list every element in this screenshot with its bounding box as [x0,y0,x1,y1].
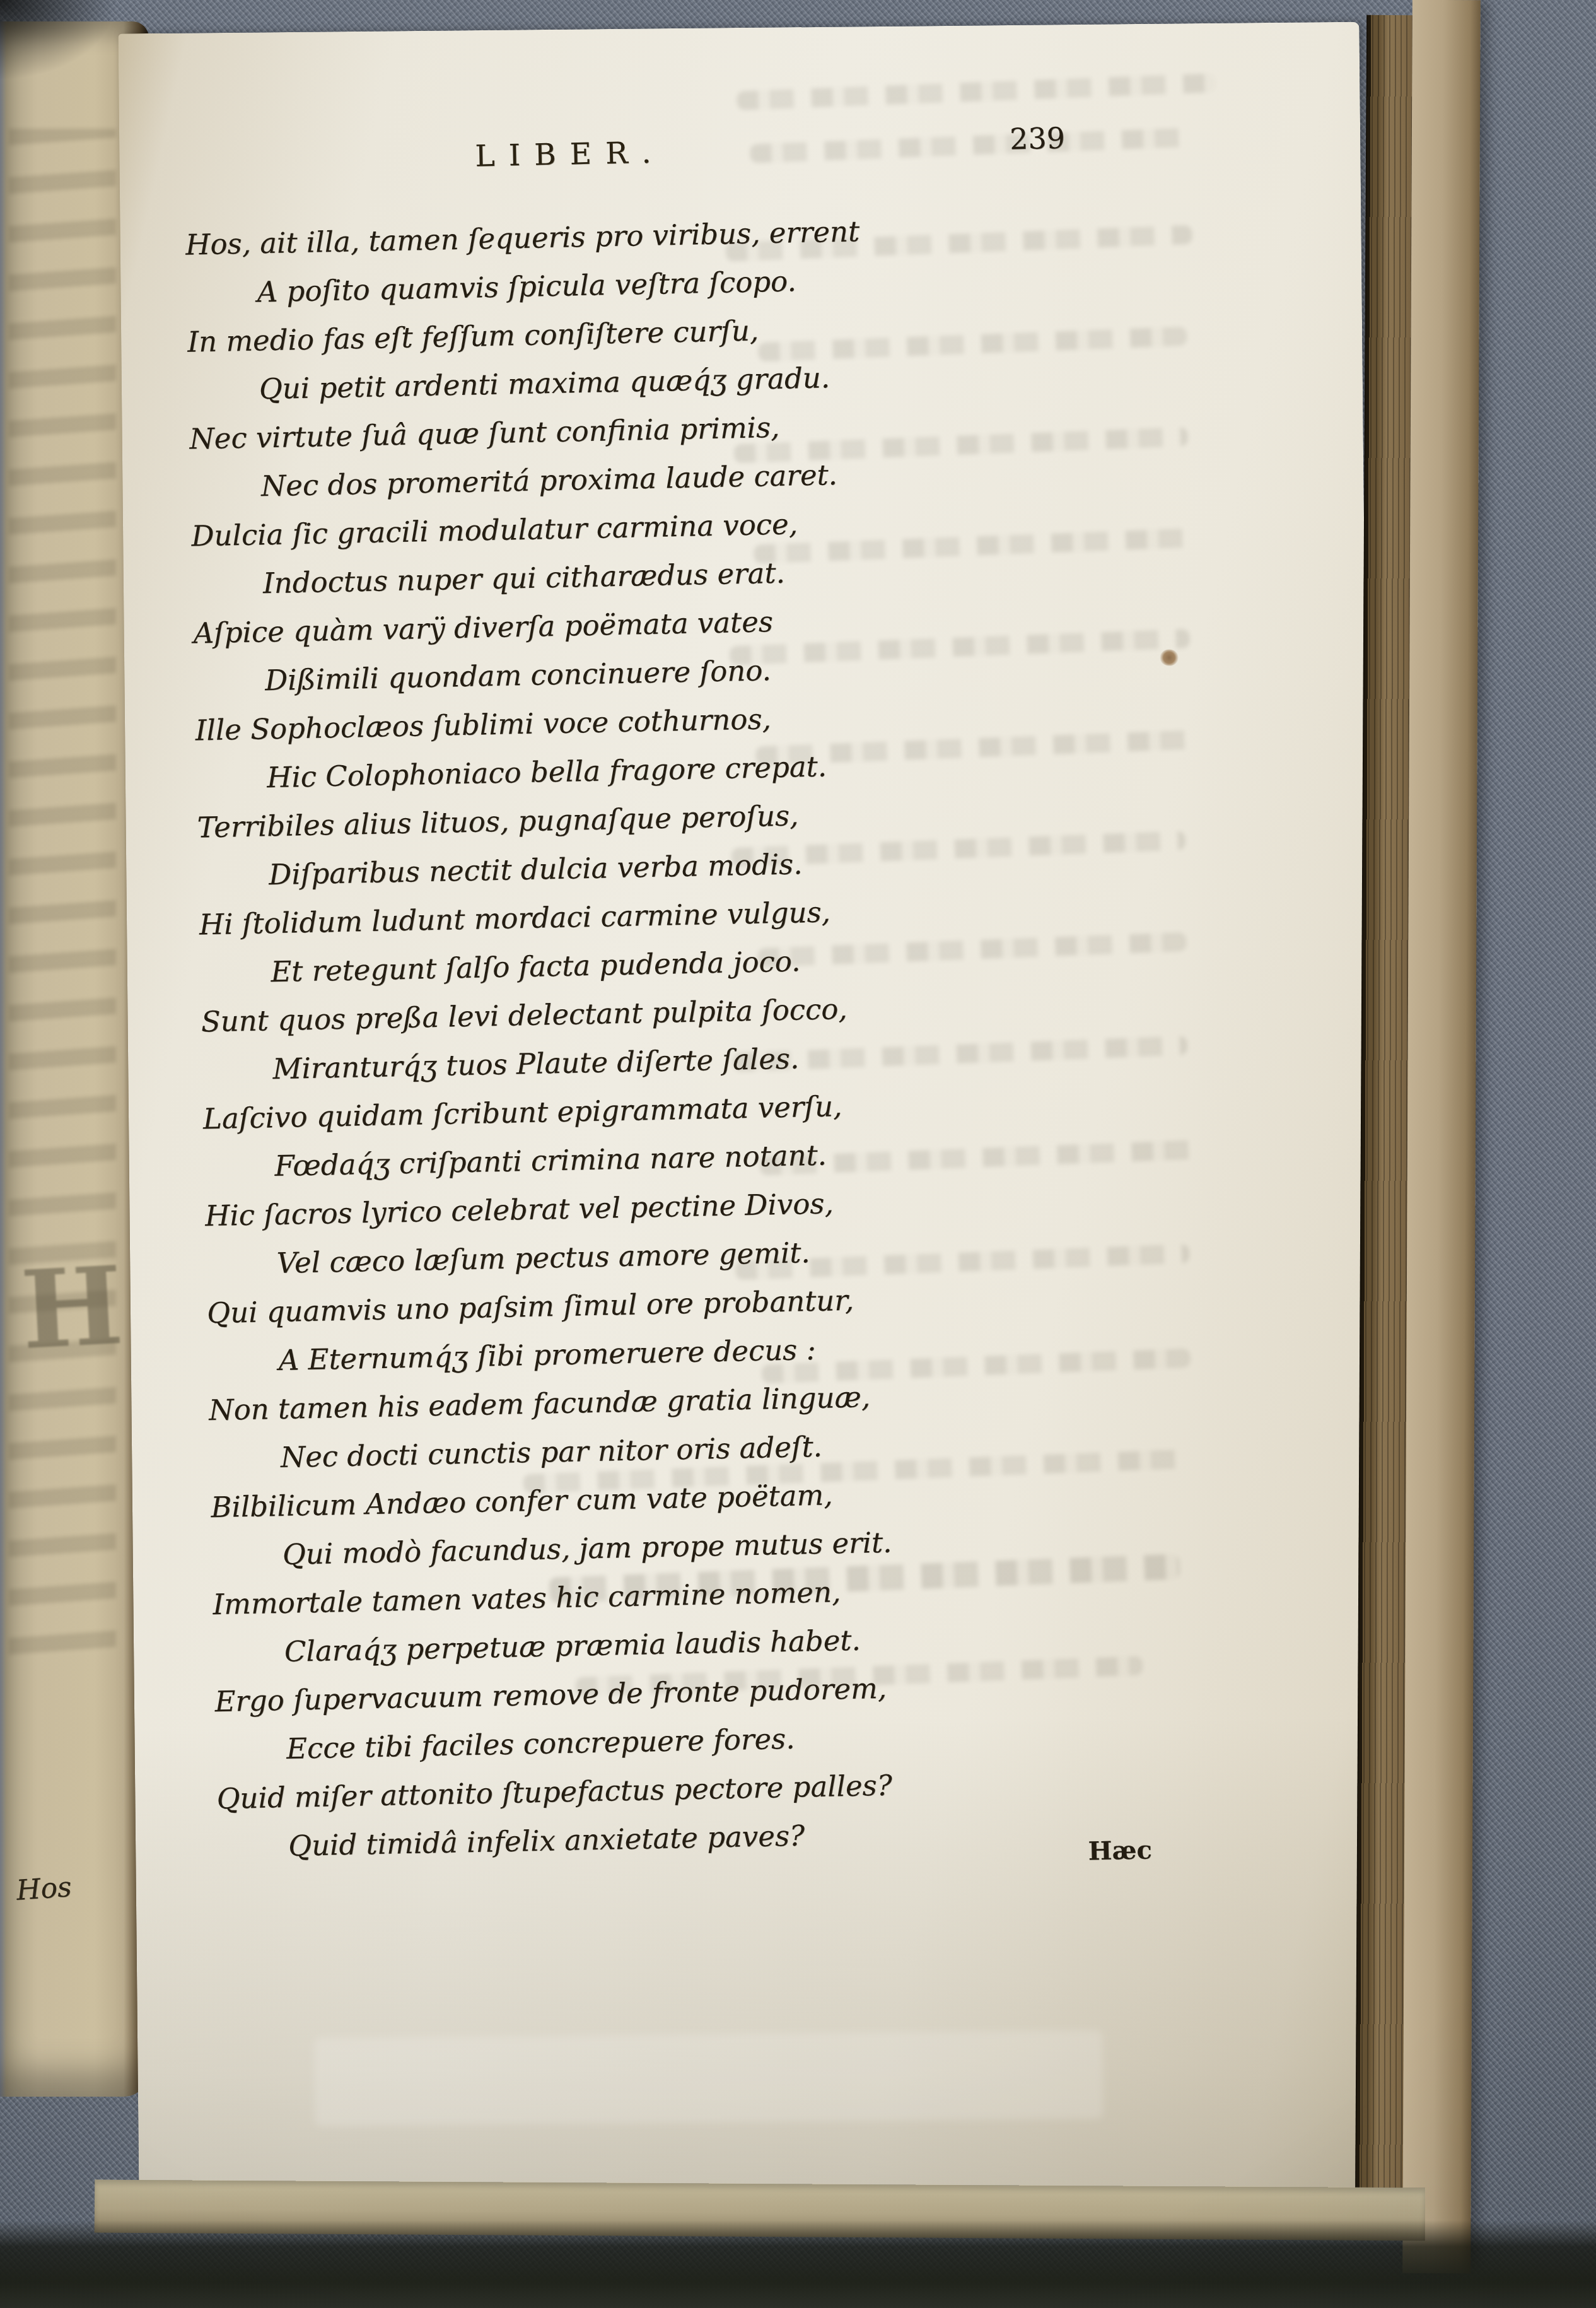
vellum-cover-edge [1402,0,1481,2273]
book-page: LIBER. 239 Hos, ait illa, tamen ſequeris… [119,22,1380,2204]
book-shadow [0,2220,1596,2308]
running-title: LIBER. [475,135,665,173]
ghost-text-smudges [9,129,116,1674]
verse-block: Hos, ait illa, tamen ſequeris pro viribu… [185,199,1264,1872]
page-number: 239 [1010,121,1066,156]
book-photo: H Hos LIBER. 239 Hos, ait illa, tamen ſe… [0,0,1596,2308]
ghost-drop-cap: H [18,1243,126,1374]
gutter-shadow [0,0,139,95]
verso-catchword: Hos [15,1871,73,1907]
printed-text: LIBER. 239 Hos, ait illa, tamen ſequeris… [107,16,1392,2210]
catchword: Hæc [1088,1835,1152,1866]
